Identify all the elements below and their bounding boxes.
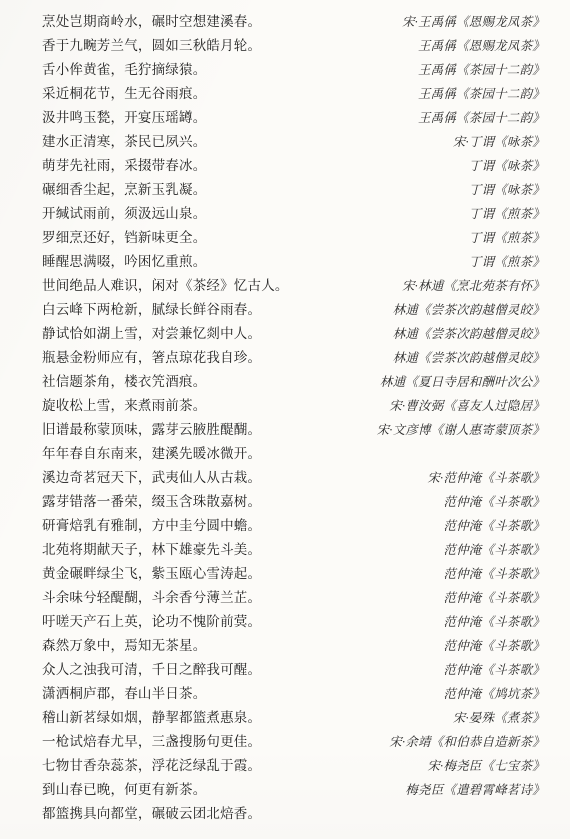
poem-line-list: 烹处岂期商岭水，碾时空想建溪春。 宋·王禹偁《恩赐龙凤茶》 香于九畹芳兰气，圆如… [42, 10, 545, 826]
attribution-text: 宋·林逋《烹北苑茶有怀》 [402, 274, 545, 298]
verse-text: 潇洒桐庐郡，春山半日茶。 [42, 682, 206, 706]
poem-line: 稽山新茗绿如烟，静挈都篮煮惠泉。 宋·晏殊《煮茶》 [42, 706, 545, 730]
verse-text: 开缄试雨前，须汲远山泉。 [42, 202, 206, 226]
verse-text: 斗余味兮轻醍醐，斗余香兮薄兰芷。 [42, 586, 261, 610]
attribution-text: 宋·曹汝弼《喜友人过隐居》 [389, 394, 545, 418]
poem-line: 碾细香尘起，烹新玉乳凝。 丁谓《咏茶》 [42, 178, 545, 202]
poem-line: 白云峰下两枪新，腻绿长鲜谷雨春。 林逋《尝茶次韵越僧灵皎》 [42, 298, 545, 322]
verse-text: 到山春已晚，何更有新茶。 [42, 778, 206, 802]
verse-text: 年年春自东南来，建溪先暖冰微开。 [42, 442, 261, 466]
poem-line: 旧谱最称蒙顶味，露芽云腋胜醍醐。 宋·文彦博《谢人惠寄蒙顶茶》 [42, 418, 545, 442]
poem-line: 北苑将期献天子，林下雄豪先斗美。 范仲淹《斗茶歌》 [42, 538, 545, 562]
poem-line: 年年春自东南来，建溪先暖冰微开。 [42, 442, 545, 466]
attribution-text: 宋·丁谓《咏茶》 [453, 130, 545, 154]
verse-text: 七物甘香杂蕊茶，浮花泛绿乱于霞。 [42, 754, 261, 778]
poem-line: 到山春已晚，何更有新茶。 梅尧臣《遣碧霄峰茗诗》 [42, 778, 545, 802]
poem-line: 都篮携具向都堂，碾破云团北焙香。 [42, 802, 545, 826]
attribution-text: 王禹偁《茶园十二韵》 [418, 82, 545, 106]
poem-line: 建水正清寒，茶民已夙兴。 宋·丁谓《咏茶》 [42, 130, 545, 154]
attribution-text: 林逋《尝茶次韵越僧灵皎》 [393, 322, 545, 346]
poem-line: 采近桐花节，生无谷雨痕。 王禹偁《茶园十二韵》 [42, 82, 545, 106]
verse-text: 都篮携具向都堂，碾破云团北焙香。 [42, 802, 261, 826]
verse-text: 瓶悬金粉师应有，箸点琼花我自珍。 [42, 346, 261, 370]
attribution-text: 王禹偁《恩赐龙凤茶》 [418, 34, 545, 58]
verse-text: 采近桐花节，生无谷雨痕。 [42, 82, 206, 106]
verse-text: 吁嗟天产石上英，论功不愧阶前蓂。 [42, 610, 261, 634]
verse-text: 烹处岂期商岭水，碾时空想建溪春。 [42, 10, 261, 34]
attribution-text: 丁谓《咏茶》 [469, 178, 545, 202]
poem-line: 罗细烹还好，铛新味更全。 丁谓《煎茶》 [42, 226, 545, 250]
verse-text: 建水正清寒，茶民已夙兴。 [42, 130, 206, 154]
attribution-text: 范仲淹《斗茶歌》 [443, 514, 545, 538]
attribution-text: 丁谓《煎茶》 [469, 202, 545, 226]
poem-line: 瓶悬金粉师应有，箸点琼花我自珍。 林逋《尝茶次韵越僧灵皎》 [42, 346, 545, 370]
poem-line: 森然万象中，焉知无茶星。 范仲淹《斗茶歌》 [42, 634, 545, 658]
verse-text: 众人之浊我可清，千日之醉我可醒。 [42, 658, 261, 682]
poem-line: 黄金碾畔绿尘飞，紫玉瓯心雪涛起。 范仲淹《斗茶歌》 [42, 562, 545, 586]
poem-line: 舌小侔黄雀，毛狞摘绿猿。 王禹偁《茶园十二韵》 [42, 58, 545, 82]
verse-text: 研膏焙乳有雅制，方中圭兮圆中蟾。 [42, 514, 261, 538]
attribution-text: 丁谓《煎茶》 [469, 250, 545, 274]
attribution-text: 范仲淹《斗茶歌》 [443, 586, 545, 610]
poem-line: 汲井鸣玉甃，开宴压瑶罇。 王禹偁《茶园十二韵》 [42, 106, 545, 130]
attribution-text: 范仲淹《斗茶歌》 [443, 538, 545, 562]
poem-line: 众人之浊我可清，千日之醉我可醒。 范仲淹《斗茶歌》 [42, 658, 545, 682]
verse-text: 舌小侔黄雀，毛狞摘绿猿。 [42, 58, 206, 82]
poem-line: 世间绝品人难识，闲对《茶经》忆古人。 宋·林逋《烹北苑茶有怀》 [42, 274, 545, 298]
attribution-text: 宋·晏殊《煮茶》 [453, 706, 545, 730]
verse-text: 稽山新茗绿如烟，静挈都篮煮惠泉。 [42, 706, 261, 730]
verse-text: 世间绝品人难识，闲对《茶经》忆古人。 [42, 274, 289, 298]
poem-line: 一枪试焙春尤早，三盏搜肠句更佳。 宋·余靖《和伯恭自造新茶》 [42, 730, 545, 754]
verse-text: 罗细烹还好，铛新味更全。 [42, 226, 206, 250]
poem-line: 吁嗟天产石上英，论功不愧阶前蓂。 范仲淹《斗茶歌》 [42, 610, 545, 634]
poem-line: 开缄试雨前，须汲远山泉。 丁谓《煎茶》 [42, 202, 545, 226]
poem-line: 香于九畹芳兰气，圆如三秋皓月轮。 王禹偁《恩赐龙凤茶》 [42, 34, 545, 58]
attribution-text: 丁谓《煎茶》 [469, 226, 545, 250]
attribution-text: 宋·文彦博《谢人惠寄蒙顶茶》 [377, 418, 545, 442]
verse-text: 白云峰下两枪新，腻绿长鲜谷雨春。 [42, 298, 261, 322]
verse-text: 汲井鸣玉甃，开宴压瑶罇。 [42, 106, 206, 130]
verse-text: 社信题茶角，楼衣笐酒痕。 [42, 370, 206, 394]
poem-line: 萌芽先社雨，采掇带春冰。 丁谓《咏茶》 [42, 154, 545, 178]
verse-text: 北苑将期献天子，林下雄豪先斗美。 [42, 538, 261, 562]
attribution-text: 宋·王禹偁《恩赐龙凤茶》 [402, 10, 545, 34]
poem-line: 研膏焙乳有雅制，方中圭兮圆中蟾。 范仲淹《斗茶歌》 [42, 514, 545, 538]
verse-text: 黄金碾畔绿尘飞，紫玉瓯心雪涛起。 [42, 562, 261, 586]
poem-line: 潇洒桐庐郡，春山半日茶。 范仲淹《鸠坑茶》 [42, 682, 545, 706]
poem-line: 睡醒思满啜，吟困忆重煎。 丁谓《煎茶》 [42, 250, 545, 274]
poem-line: 旋收松上雪，来煮雨前茶。 宋·曹汝弼《喜友人过隐居》 [42, 394, 545, 418]
attribution-text: 丁谓《咏茶》 [469, 154, 545, 178]
verse-text: 森然万象中，焉知无茶星。 [42, 634, 206, 658]
poem-line: 溪边奇茗冠天下，武夷仙人从古栽。 宋·范仲淹《斗茶歌》 [42, 466, 545, 490]
attribution-text: 宋·余靖《和伯恭自造新茶》 [389, 730, 545, 754]
verse-text: 睡醒思满啜，吟困忆重煎。 [42, 250, 206, 274]
verse-text: 静试恰如湖上雪，对尝兼忆剡中人。 [42, 322, 261, 346]
attribution-text: 范仲淹《斗茶歌》 [443, 658, 545, 682]
poem-line: 烹处岂期商岭水，碾时空想建溪春。 宋·王禹偁《恩赐龙凤茶》 [42, 10, 545, 34]
attribution-text: 范仲淹《斗茶歌》 [443, 562, 545, 586]
verse-text: 香于九畹芳兰气，圆如三秋皓月轮。 [42, 34, 261, 58]
attribution-text: 梅尧臣《遣碧霄峰茗诗》 [405, 778, 545, 802]
attribution-text: 王禹偁《茶园十二韵》 [418, 106, 545, 130]
attribution-text: 林逋《尝茶次韵越僧灵皎》 [393, 298, 545, 322]
attribution-text: 林逋《夏日寺居和酬叶次公》 [380, 370, 545, 394]
verse-text: 露芽错落一番荣，缀玉含珠散嘉树。 [42, 490, 261, 514]
poem-line: 七物甘香杂蕊茶，浮花泛绿乱于霞。 宋·梅尧臣《七宝茶》 [42, 754, 545, 778]
document-page: 烹处岂期商岭水，碾时空想建溪春。 宋·王禹偁《恩赐龙凤茶》 香于九畹芳兰气，圆如… [0, 0, 570, 839]
poem-line: 社信题茶角，楼衣笐酒痕。 林逋《夏日寺居和酬叶次公》 [42, 370, 545, 394]
attribution-text: 宋·梅尧臣《七宝茶》 [427, 754, 545, 778]
verse-text: 溪边奇茗冠天下，武夷仙人从古栽。 [42, 466, 261, 490]
verse-text: 旋收松上雪，来煮雨前茶。 [42, 394, 206, 418]
verse-text: 旧谱最称蒙顶味，露芽云腋胜醍醐。 [42, 418, 261, 442]
attribution-text: 范仲淹《鸠坑茶》 [443, 682, 545, 706]
verse-text: 一枪试焙春尤早，三盏搜肠句更佳。 [42, 730, 261, 754]
poem-line: 露芽错落一番荣，缀玉含珠散嘉树。 范仲淹《斗茶歌》 [42, 490, 545, 514]
attribution-text: 宋·范仲淹《斗茶歌》 [427, 466, 545, 490]
attribution-text: 范仲淹《斗茶歌》 [443, 610, 545, 634]
poem-line: 静试恰如湖上雪，对尝兼忆剡中人。 林逋《尝茶次韵越僧灵皎》 [42, 322, 545, 346]
attribution-text: 范仲淹《斗茶歌》 [443, 490, 545, 514]
attribution-text: 范仲淹《斗茶歌》 [443, 634, 545, 658]
attribution-text: 王禹偁《茶园十二韵》 [418, 58, 545, 82]
poem-line: 斗余味兮轻醍醐，斗余香兮薄兰芷。 范仲淹《斗茶歌》 [42, 586, 545, 610]
verse-text: 碾细香尘起，烹新玉乳凝。 [42, 178, 206, 202]
attribution-text: 林逋《尝茶次韵越僧灵皎》 [393, 346, 545, 370]
verse-text: 萌芽先社雨，采掇带春冰。 [42, 154, 206, 178]
